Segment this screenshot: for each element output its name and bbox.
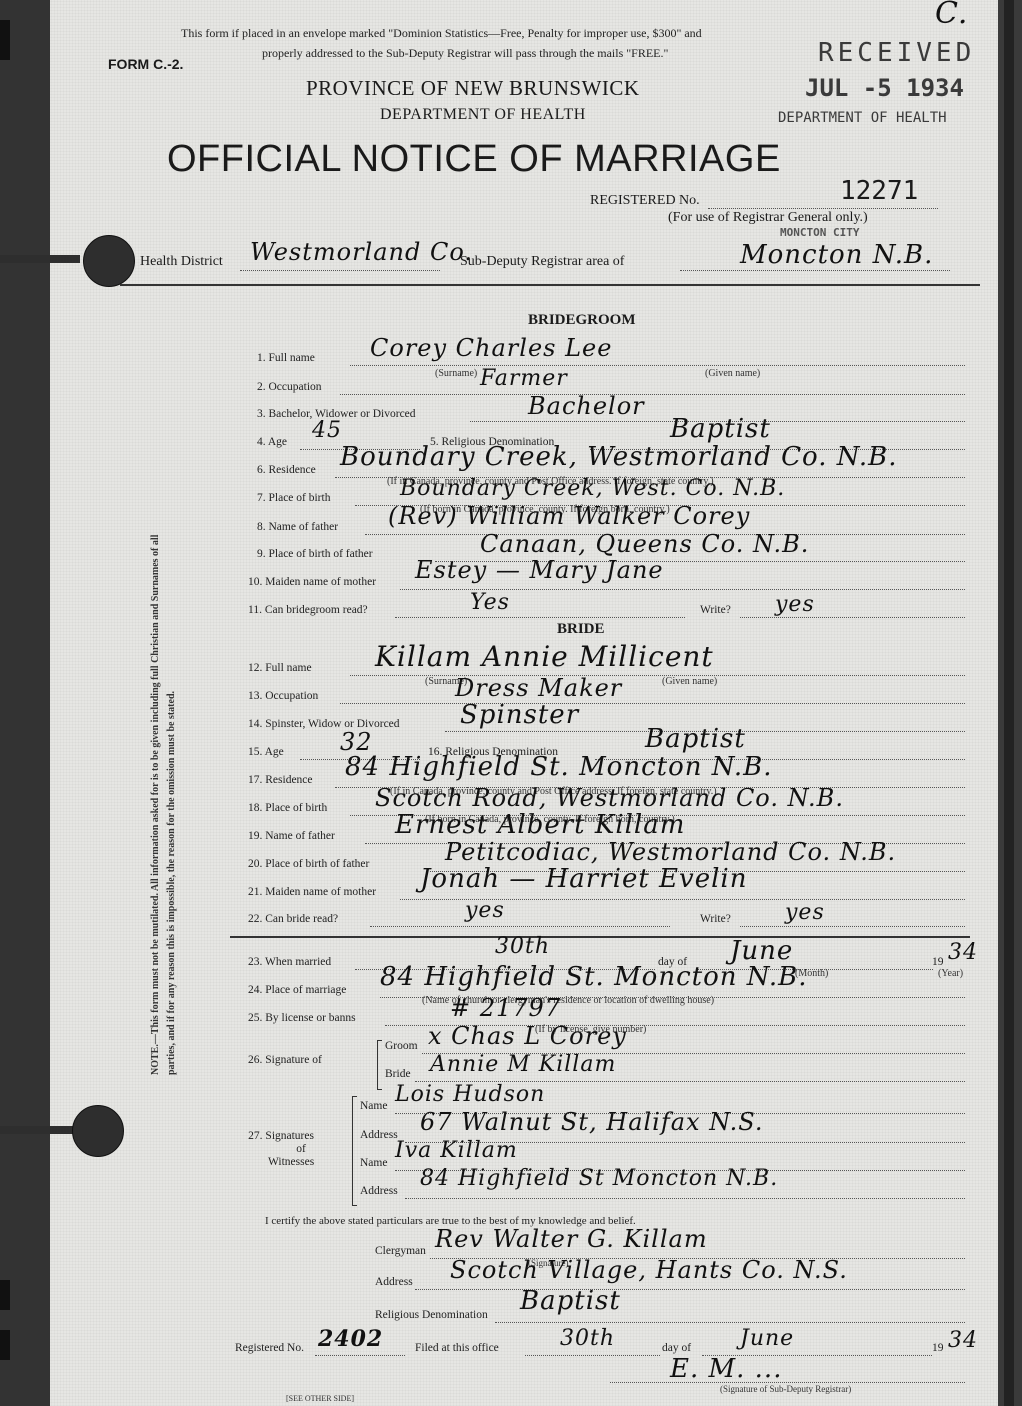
bride-full-name-label: 12. Full name xyxy=(248,662,312,674)
bridegroom-write-label: Write? xyxy=(700,604,731,616)
field-number: 15. xyxy=(248,746,262,758)
field-label: Spinster, Widow or Divorced xyxy=(265,718,399,730)
bridegroom-father-value: (Rev) William Walker Corey xyxy=(388,502,750,530)
binder-stem xyxy=(0,255,80,263)
field-label: Age xyxy=(265,746,284,758)
place-of-marriage-label: 24. Place of marriage xyxy=(248,984,346,996)
bridegroom-residence-label: 6. Residence xyxy=(257,464,316,476)
field-number: 4. xyxy=(257,436,266,448)
filing-registered-number: 2402 xyxy=(318,1326,383,1352)
registrar-signature-hint: (Signature of Sub-Deputy Registrar) xyxy=(720,1384,851,1394)
marriage-notice-form: C. This form if placed in an envelope ma… xyxy=(50,0,998,1406)
witness2-name-label: Name xyxy=(360,1157,387,1169)
witness1-address-value: 67 Walnut St, Halifax N.S. xyxy=(420,1108,764,1136)
field-number: 18. xyxy=(248,802,262,814)
corner-mark: C. xyxy=(935,0,968,31)
scan-border-left xyxy=(0,0,50,1406)
clergyman-denomination-value: Baptist xyxy=(520,1286,621,1316)
dotted-line xyxy=(240,270,440,271)
bride-birthplace-label: 18. Place of birth xyxy=(248,802,327,814)
field-label: Name of father xyxy=(265,830,335,842)
province-heading: PROVINCE OF NEW BRUNSWICK xyxy=(306,76,640,101)
field-number: 25. xyxy=(248,1012,262,1024)
scan-artifact xyxy=(1004,0,1014,1406)
field-number: 11. xyxy=(248,604,262,616)
bridegroom-full-name-value: Corey Charles Lee xyxy=(370,334,612,362)
field-number: 3. xyxy=(257,408,266,420)
field-label: Occupation xyxy=(269,381,322,393)
binder-hole-bottom xyxy=(72,1105,124,1157)
bride-marital-status-value: Spinster xyxy=(460,700,579,730)
section-divider xyxy=(120,284,980,286)
sub-deputy-area-value: Moncton N.B. xyxy=(740,240,933,270)
dotted-line xyxy=(495,1322,965,1323)
license-number-value: # 21797 xyxy=(450,994,561,1022)
mail-notice-line2: properly addressed to the Sub-Deputy Reg… xyxy=(262,46,668,61)
marriage-day-value: 30th xyxy=(495,934,550,959)
clergyman-signature: Rev Walter G. Killam xyxy=(435,1225,708,1253)
bride-signature-label: Bride xyxy=(385,1068,411,1080)
received-stamp-department: DEPARTMENT OF HEALTH xyxy=(778,110,947,126)
scan-artifact xyxy=(0,20,10,60)
when-married-label: 23. When married xyxy=(248,956,331,968)
field-label: Signature of xyxy=(265,1054,322,1066)
dotted-line xyxy=(610,1382,965,1383)
field-number: 22. xyxy=(248,913,262,925)
mail-notice-line1: This form if placed in an envelope marke… xyxy=(181,26,702,41)
bridegroom-read-value: Yes xyxy=(470,590,510,615)
witnesses-brace xyxy=(352,1096,357,1206)
registrar-note: (For use of Registrar General only.) xyxy=(668,210,868,226)
department-heading: DEPARTMENT OF HEALTH xyxy=(380,106,586,124)
bridegroom-marital-status-value: Bachelor xyxy=(528,392,645,420)
field-label: Place of birth of father xyxy=(265,858,369,870)
bridegroom-write-value: yes xyxy=(775,592,815,617)
signature-of-label: 26. Signature of xyxy=(248,1054,322,1066)
field-label: When married xyxy=(265,956,331,968)
field-label: Maiden name of mother xyxy=(265,886,376,898)
filing-day-of-label: day of xyxy=(662,1342,691,1354)
bride-read-label: 22. Can bride read? xyxy=(248,913,338,925)
bride-full-name-value: Killam Annie Millicent xyxy=(375,640,714,673)
filed-month-value: June xyxy=(740,1326,794,1351)
field-label: Place of birth xyxy=(269,492,331,504)
bride-religion-value: Baptist xyxy=(645,724,746,754)
given-name-hint: (Given name) xyxy=(705,368,760,379)
field-label: Place of marriage xyxy=(265,984,346,996)
bridegroom-religion-value: Baptist xyxy=(670,414,771,444)
bride-residence-value: 84 Highfield St. Moncton N.B. xyxy=(345,752,772,782)
field-label: Bachelor, Widower or Divorced xyxy=(269,408,416,420)
field-number: 9. xyxy=(257,548,266,560)
filing-year-prefix: 19 xyxy=(932,1342,944,1354)
field-label: Can bridegroom read? xyxy=(265,604,368,616)
signature-brace xyxy=(377,1040,382,1090)
field-number: 14. xyxy=(248,718,262,730)
field-number: 19. xyxy=(248,830,262,842)
bride-read-value: yes xyxy=(465,898,505,923)
bride-write-value: yes xyxy=(785,900,825,925)
bride-occupation-value: Dress Maker xyxy=(455,674,622,702)
bride-residence-label: 17. Residence xyxy=(248,774,313,786)
filed-at-office-label: Filed at this office xyxy=(415,1342,499,1354)
bride-father-label: 19. Name of father xyxy=(248,830,335,842)
witness2-address-value: 84 Highfield St Moncton N.B. xyxy=(420,1166,778,1191)
health-district-label: Health District xyxy=(140,254,223,270)
witnesses-label: 27. Signatures of Witnesses xyxy=(248,1130,314,1169)
bridegroom-father-label: 8. Name of father xyxy=(257,521,338,533)
dotted-line xyxy=(525,1355,660,1356)
registered-number: 12271 xyxy=(840,176,918,206)
field-number: 12. xyxy=(248,662,262,674)
binder-hole-top xyxy=(83,235,135,287)
bride-father-value: Ernest Albert Killam xyxy=(395,810,685,840)
clergyman-address-value: Scotch Village, Hants Co. N.S. xyxy=(450,1256,848,1284)
side-note-line2: parties, and if for any reason this is i… xyxy=(166,691,177,1075)
dotted-line xyxy=(340,703,965,704)
page-title: OFFICIAL NOTICE OF MARRIAGE xyxy=(167,138,781,181)
bridegroom-full-name-label: 1. Full name xyxy=(257,352,315,364)
field-label: of xyxy=(296,1143,306,1155)
field-label: Maiden name of mother xyxy=(265,576,376,588)
field-label: By license or banns xyxy=(265,1012,355,1024)
health-district-value: Westmorland Co. xyxy=(250,238,473,266)
field-number: 6. xyxy=(257,464,266,476)
bridegroom-occupation-label: 2. Occupation xyxy=(257,381,322,393)
dotted-line xyxy=(680,270,950,271)
field-number: 26. xyxy=(248,1054,262,1066)
dotted-line xyxy=(395,617,685,618)
filing-registered-label: Registered No. xyxy=(235,1342,304,1354)
dotted-line xyxy=(350,365,965,366)
field-number: 24. xyxy=(248,984,262,996)
field-label: Occupation xyxy=(265,690,318,702)
field-number: 13. xyxy=(248,690,262,702)
form-number: FORM C.-2. xyxy=(108,56,183,72)
field-number: 23. xyxy=(248,956,262,968)
field-label: Full name xyxy=(269,352,315,364)
field-label: Name of father xyxy=(269,521,339,533)
dotted-line xyxy=(740,926,965,927)
field-number: 21. xyxy=(248,886,262,898)
filed-year-value: 34 xyxy=(948,1328,978,1353)
bridegroom-mother-value: Estey — Mary Jane xyxy=(415,556,664,584)
bridegroom-residence-value: Boundary Creek, Westmorland Co. N.B. xyxy=(340,442,898,472)
side-note-line1: NOTE.—This form must not be mutilated. A… xyxy=(150,535,161,1075)
bridegroom-birthplace-label: 7. Place of birth xyxy=(257,492,330,504)
dotted-line xyxy=(708,208,938,209)
field-number: 2. xyxy=(257,381,266,393)
surname-hint: (Surname) xyxy=(435,368,477,379)
bride-father-birthplace-label: 20. Place of birth of father xyxy=(248,858,369,870)
registered-label: REGISTERED No. xyxy=(590,193,700,209)
bride-father-birthplace-value: Petitcodiac, Westmorland Co. N.B. xyxy=(445,838,896,866)
clergyman-denomination-label: Religious Denomination xyxy=(375,1309,488,1321)
field-label: Full name xyxy=(265,662,311,674)
place-of-marriage-value: 84 Highfield St. Moncton N.B. xyxy=(380,962,807,992)
bridegroom-occupation-value: Farmer xyxy=(480,366,568,391)
witness1-name-label: Name xyxy=(360,1100,387,1112)
see-other-side-note: [SEE OTHER SIDE] xyxy=(286,1394,354,1403)
field-number: 8. xyxy=(257,521,266,533)
field-label: Place of birth of father xyxy=(269,548,373,560)
bridegroom-age-value: 45 xyxy=(312,418,342,443)
dotted-line xyxy=(370,926,670,927)
witness2-address-label: Address xyxy=(360,1185,398,1197)
sub-deputy-area-label: Sub-Deputy Registrar area of xyxy=(460,254,624,270)
field-number: 7. xyxy=(257,492,266,504)
license-label: 25. By license or banns xyxy=(248,1012,356,1024)
dotted-line xyxy=(315,1355,405,1356)
field-number: 17. xyxy=(248,774,262,786)
witness1-name-value: Lois Hudson xyxy=(395,1082,545,1107)
field-label: Residence xyxy=(269,464,316,476)
bride-mother-label: 21. Maiden name of mother xyxy=(248,886,376,898)
bridegroom-father-birthplace-value: Canaan, Queens Co. N.B. xyxy=(480,530,809,558)
field-number: 10. xyxy=(248,576,262,588)
marriage-year-value: 34 xyxy=(948,940,978,965)
bridegroom-heading: BRIDEGROOM xyxy=(528,312,636,329)
witness1-address-label: Address xyxy=(360,1129,398,1141)
bridegroom-mother-label: 10. Maiden name of mother xyxy=(248,576,376,588)
field-number: 27. xyxy=(248,1130,262,1142)
given-name-hint: (Given name) xyxy=(662,676,717,687)
field-label: Signatures xyxy=(265,1130,314,1142)
dotted-line xyxy=(740,617,965,618)
bridegroom-read-label: 11. Can bridegroom read? xyxy=(248,604,368,616)
clergyman-label: Clergyman xyxy=(375,1245,426,1257)
dotted-line xyxy=(340,394,965,395)
bridegroom-birthplace-value: Boundary Creek, West. Co. N.B. xyxy=(400,476,785,501)
dotted-line xyxy=(405,1198,965,1199)
registrar-signature: E. M. ... xyxy=(670,1354,782,1384)
bride-heading: BRIDE xyxy=(557,621,605,638)
groom-signature-value: x Chas L Corey xyxy=(428,1022,627,1050)
field-label: Witnesses xyxy=(268,1156,314,1168)
received-stamp: RECEIVED xyxy=(818,38,975,68)
bride-mother-value: Jonah — Harriet Evelin xyxy=(420,864,747,894)
scan-artifact xyxy=(0,1330,10,1360)
field-number: 20. xyxy=(248,858,262,870)
bride-birthplace-value: Scotch Road, Westmorland Co. N.B. xyxy=(375,784,844,812)
binder-stem xyxy=(0,1126,75,1134)
scan-border-right xyxy=(998,0,1022,1406)
field-number: 1. xyxy=(257,352,266,364)
year-hint: (Year) xyxy=(938,968,963,979)
received-stamp-date: JUL -5 1934 xyxy=(805,74,964,102)
bride-marital-status-label: 14. Spinster, Widow or Divorced xyxy=(248,718,400,730)
year-prefix: 19 xyxy=(932,956,944,968)
clergyman-address-label: Address xyxy=(375,1276,413,1288)
filed-day-value: 30th xyxy=(560,1326,615,1351)
field-label: Can bride read? xyxy=(265,913,338,925)
bride-occupation-label: 13. Occupation xyxy=(248,690,318,702)
bride-write-label: Write? xyxy=(700,913,731,925)
dotted-line xyxy=(415,1289,965,1290)
bridegroom-father-birthplace-label: 9. Place of birth of father xyxy=(257,548,373,560)
field-label: Age xyxy=(268,436,287,448)
groom-signature-label: Groom xyxy=(385,1040,418,1052)
witness2-name-value: Iva Killam xyxy=(395,1138,518,1163)
bride-signature-value: Annie M Killam xyxy=(430,1052,616,1077)
bride-age-label: 15. Age xyxy=(248,746,284,758)
bridegroom-age-label: 4. Age xyxy=(257,436,287,448)
field-label: Residence xyxy=(265,774,312,786)
moncton-city-stamp: MONCTON CITY xyxy=(780,226,859,239)
scan-artifact xyxy=(0,1280,10,1310)
field-label: Place of birth xyxy=(265,802,327,814)
section-divider xyxy=(230,936,970,938)
